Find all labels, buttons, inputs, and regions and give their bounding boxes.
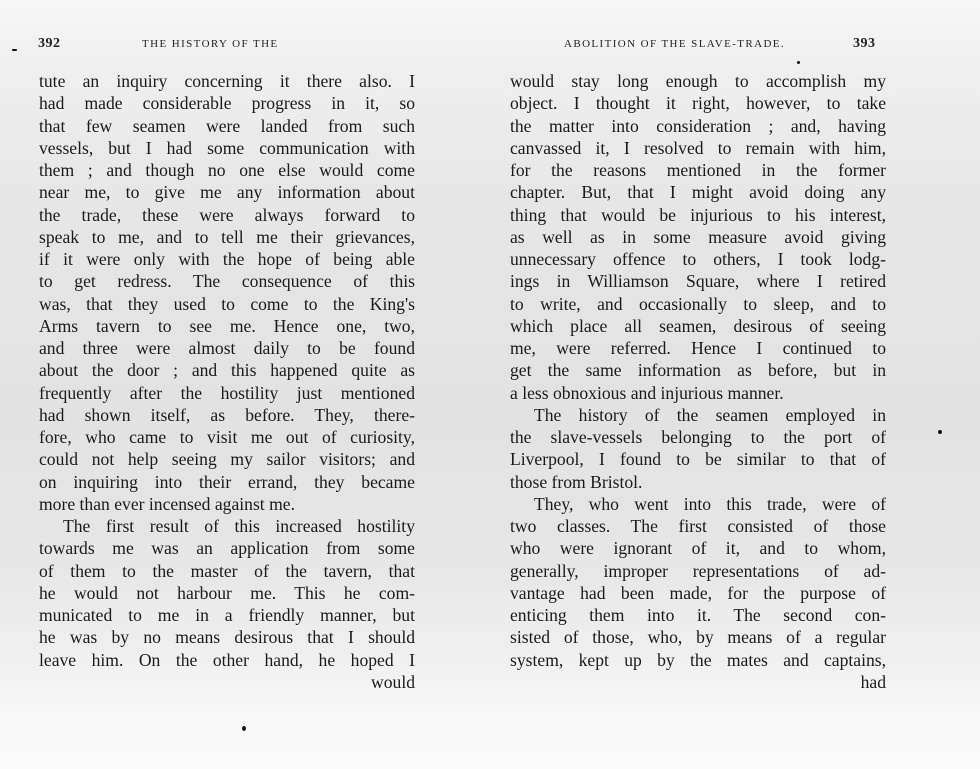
text-line: more than ever incensed against me. bbox=[39, 493, 415, 515]
text-line: and three were almost daily to be found bbox=[39, 337, 415, 359]
text-line: enticing them into it. The second con- bbox=[510, 604, 886, 626]
text-line: me, were referred. Hence I continued to bbox=[510, 337, 886, 359]
text-line: on inquiring into their errand, they bec… bbox=[39, 471, 415, 493]
text-line: the trade, these were always forward to bbox=[39, 204, 415, 226]
text-line: generally, improper representations of a… bbox=[510, 560, 886, 582]
body-text-right: would stay long enough to accomplish my … bbox=[510, 70, 886, 693]
text-line: had made considerable progress in it, so bbox=[39, 92, 415, 114]
scan-speck bbox=[797, 61, 800, 64]
text-line: ings in Williamson Square, where I retir… bbox=[510, 270, 886, 292]
text-line: towards me was an application from some bbox=[39, 537, 415, 559]
text-line: which place all seamen, desirous of seei… bbox=[510, 315, 886, 337]
text-line: who were ignorant of it, and to whom, bbox=[510, 537, 886, 559]
text-line: to get redress. The consequence of this bbox=[39, 270, 415, 292]
text-line: could not help seeing my sailor visitors… bbox=[39, 448, 415, 470]
text-line: municated to me in a friendly manner, bu… bbox=[39, 604, 415, 626]
text-line: two classes. The first consisted of thos… bbox=[510, 515, 886, 537]
scan-speck bbox=[12, 49, 17, 51]
text-line: system, kept up by the mates and captain… bbox=[510, 649, 886, 671]
text-line: fore, who came to visit me out of curios… bbox=[39, 426, 415, 448]
text-line: the slave-vessels belonging to the port … bbox=[510, 426, 886, 448]
text-line: a less obnoxious and injurious manner. bbox=[510, 382, 886, 404]
text-line: he was by no means desirous that I shoul… bbox=[39, 626, 415, 648]
text-line: the matter into consideration ; and, hav… bbox=[510, 115, 886, 137]
text-line: vantage had been made, for the purpose o… bbox=[510, 582, 886, 604]
text-line: would stay long enough to accomplish my bbox=[510, 70, 886, 92]
text-line: get the same information as before, but … bbox=[510, 359, 886, 381]
catchword: would bbox=[39, 671, 415, 693]
running-head-left: THE HISTORY OF THE bbox=[142, 38, 279, 50]
text-line: as well as in some measure avoid giving bbox=[510, 226, 886, 248]
body-text-left: tute an inquiry concerning it there also… bbox=[39, 70, 415, 693]
text-line: about the door ; and this happened quite… bbox=[39, 359, 415, 381]
running-head-right: ABOLITION OF THE SLAVE-TRADE. bbox=[564, 38, 785, 50]
text-line: of them to the master of the tavern, tha… bbox=[39, 560, 415, 582]
text-line: if it were only with the hope of being a… bbox=[39, 248, 415, 270]
text-line: frequently after the hostility just ment… bbox=[39, 382, 415, 404]
text-line: Liverpool, I found to be similar to that… bbox=[510, 448, 886, 470]
text-line: tute an inquiry concerning it there also… bbox=[39, 70, 415, 92]
paragraph-first-line: They, who went into this trade, were of bbox=[510, 493, 886, 515]
text-line: to write, and occasionally to sleep, and… bbox=[510, 293, 886, 315]
text-line: them ; and though no one else would come bbox=[39, 159, 415, 181]
text-line: was, that they used to come to the King'… bbox=[39, 293, 415, 315]
text-line: speak to me, and to tell me their grieva… bbox=[39, 226, 415, 248]
text-line: canvassed it, I resolved to remain with … bbox=[510, 137, 886, 159]
paragraph-first-line: The history of the seamen employed in bbox=[510, 404, 886, 426]
text-line: vessels, but I had some communication wi… bbox=[39, 137, 415, 159]
catchword: had bbox=[510, 671, 886, 693]
text-line: sisted of those, who, by means of a regu… bbox=[510, 626, 886, 648]
text-line: thing that would be injurious to his int… bbox=[510, 204, 886, 226]
scan-speck bbox=[242, 726, 246, 731]
text-line: unnecessary offence to others, I took lo… bbox=[510, 248, 886, 270]
text-line: chapter. But, that I might avoid doing a… bbox=[510, 181, 886, 203]
paragraph-first-line: The first result of this increased hosti… bbox=[39, 515, 415, 537]
text-line: had shown itself, as before. They, there… bbox=[39, 404, 415, 426]
right-page: ABOLITION OF THE SLAVE-TRADE. 393 would … bbox=[490, 0, 980, 769]
page-number-left: 392 bbox=[38, 36, 61, 52]
text-line: for the reasons mentioned in the former bbox=[510, 159, 886, 181]
text-line: leave him. On the other hand, he hoped I bbox=[39, 649, 415, 671]
book-spread: 392 THE HISTORY OF THE tute an inquiry c… bbox=[0, 0, 980, 769]
text-line: those from Bristol. bbox=[510, 471, 886, 493]
left-page: 392 THE HISTORY OF THE tute an inquiry c… bbox=[0, 0, 490, 769]
text-line: near me, to give me any information abou… bbox=[39, 181, 415, 203]
scan-speck bbox=[938, 430, 942, 434]
page-number-right: 393 bbox=[853, 36, 876, 52]
text-line: Arms tavern to see me. Hence one, two, bbox=[39, 315, 415, 337]
text-line: that few seamen were landed from such bbox=[39, 115, 415, 137]
text-line: object. I thought it right, however, to … bbox=[510, 92, 886, 114]
text-line: he would not harbour me. This he com- bbox=[39, 582, 415, 604]
